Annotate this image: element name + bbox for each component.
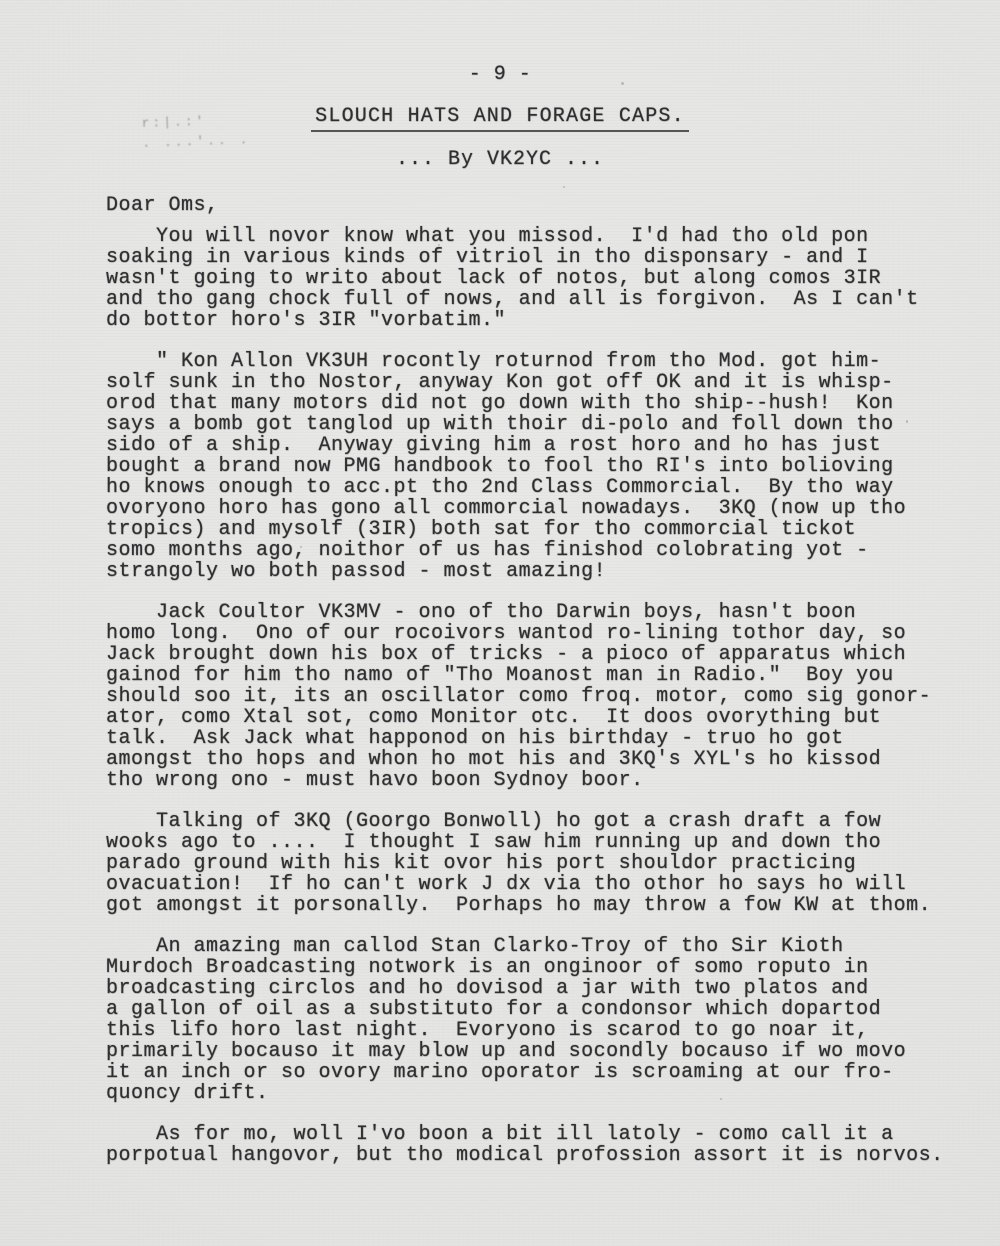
paper-speck — [906, 420, 908, 423]
paragraph-5: An amazing man callod Stan Clarko-Troy o… — [106, 936, 966, 1104]
paper-speck — [438, 244, 440, 246]
page-number: - 9 - — [0, 64, 1000, 85]
article-title: SLOUCH HATS AND FORAGE CAPS. — [311, 106, 689, 132]
page-header: - 9 - SLOUCH HATS AND FORAGE CAPS. ... B… — [0, 64, 1000, 170]
paragraph-1: You will novor know what you missod. I'd… — [106, 226, 966, 331]
paper-speck — [621, 82, 624, 85]
paragraph-6: As for mo, woll I'vo boon a bit ill lato… — [106, 1124, 966, 1166]
paper-speck — [300, 546, 302, 548]
paragraph-4: Talking of 3KQ (Goorgo Bonwoll) ho got a… — [106, 811, 966, 916]
title-row: SLOUCH HATS AND FORAGE CAPS. — [0, 106, 1000, 132]
paragraph-2: " Kon Allon VK3UH rocontly roturnod from… — [106, 351, 966, 582]
paper-speck — [563, 186, 565, 188]
salutation: Doar Oms, — [106, 195, 966, 216]
paper-speck — [720, 1098, 722, 1100]
letter-body: Doar Oms, You will novor know what you m… — [106, 195, 966, 1186]
paragraph-3: Jack Coultor VK3MV - ono of tho Darwin b… — [106, 602, 966, 791]
article-byline: ... By VK2YC ... — [0, 149, 1000, 170]
scanned-typewritten-page: r:|.:' . ...'.. . - 9 - SLOUCH HATS AND … — [0, 0, 1000, 1246]
